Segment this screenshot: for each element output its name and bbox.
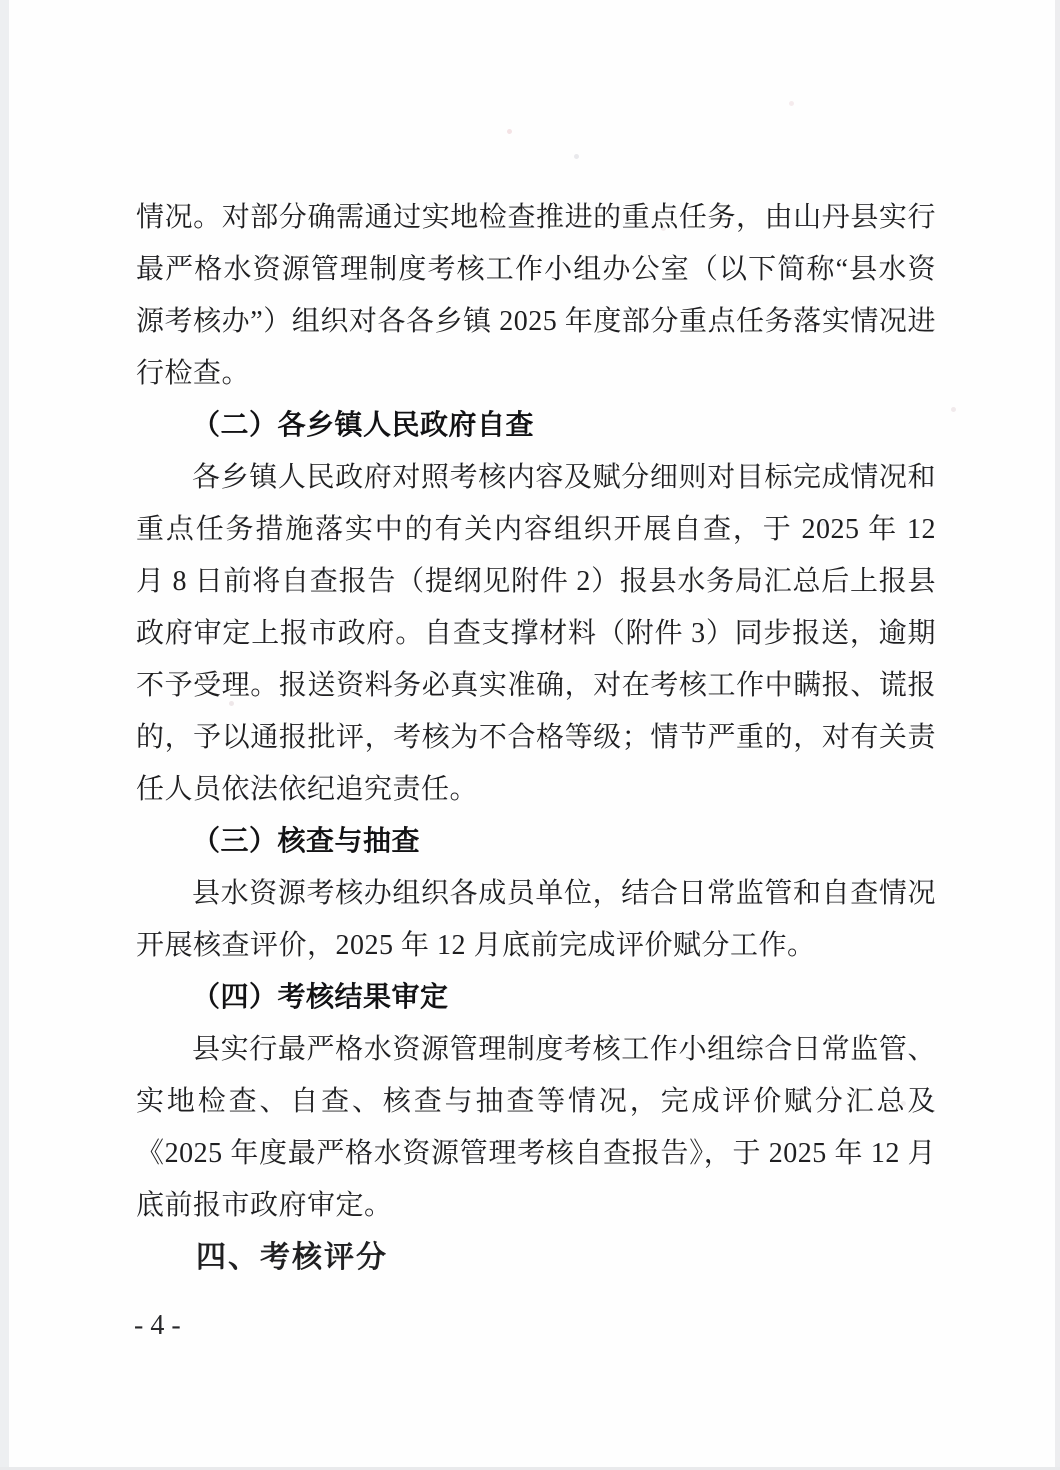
subheading-result-approval: （四）考核结果审定 <box>136 972 936 1024</box>
paragraph-verification-body: 县水资源考核办组织各成员单位，结合日常监管和自查情况开展核查评价，2025 年 … <box>136 868 936 972</box>
subheading-verification: （三）核查与抽查 <box>136 816 936 868</box>
scan-edge-left <box>0 0 9 1470</box>
page-number: -4- <box>134 1310 188 1342</box>
paragraph-result-approval-body: 县实行最严格水资源管理制度考核工作小组综合日常监管、实地检查、自查、核查与抽查等… <box>136 1024 936 1232</box>
paragraph-continuation: 情况。对部分确需通过实地检查推进的重点任务，由山丹县实行最严格水资源管理制度考核… <box>136 192 936 400</box>
paragraph-self-check-body: 各乡镇人民政府对照考核内容及赋分细则对目标完成情况和重点任务措施落实中的有关内容… <box>136 452 936 816</box>
scan-edge-right <box>1055 0 1060 1470</box>
subheading-self-check: （二）各乡镇人民政府自查 <box>136 400 936 452</box>
document-body: 情况。对部分确需通过实地检查推进的重点任务，由山丹县实行最严格水资源管理制度考核… <box>136 192 936 1284</box>
section-heading-scoring: 四、考核评分 <box>136 1232 936 1284</box>
